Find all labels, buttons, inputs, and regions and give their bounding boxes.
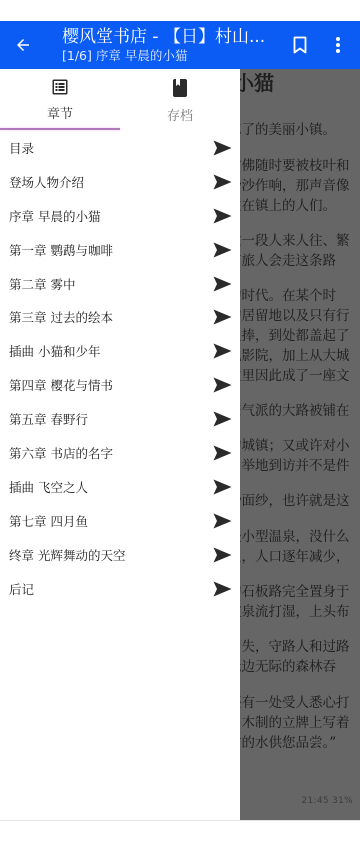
chapter-list-item[interactable]: 第四章 樱花与情书 <box>0 368 240 402</box>
reader-text-line: 沙沙作响，那声音像 <box>240 177 350 195</box>
go-to-chapter-button[interactable] <box>212 207 232 225</box>
go-to-chapter-button[interactable] <box>212 410 232 428</box>
send-arrow-icon <box>213 343 232 359</box>
tab-saves[interactable]: 存档 <box>120 69 240 131</box>
chapter-list-item[interactable]: 目录 <box>0 131 240 165</box>
drawer-tabs: 章节 存档 <box>0 69 240 131</box>
tab-saves-label: 存档 <box>167 105 193 124</box>
chapter-list-item[interactable]: 第二章 雾中 <box>0 267 240 301</box>
chapter-list-item[interactable]: 第一章 鹦鹉与咖啡 <box>0 233 240 267</box>
send-arrow-icon <box>213 479 232 495</box>
chapter-list-item[interactable]: 第七章 四月鱼 <box>0 504 240 538</box>
chapter-title: 第六章 书店的名字 <box>9 444 212 462</box>
chapter-list-item[interactable]: 序章 早晨的小猫 <box>0 199 240 233</box>
reader-text-line: 的城镇；又或许对小 <box>240 437 350 455</box>
book-bookmark-icon <box>173 79 187 97</box>
title-block: 樱风堂书店 - 【日】村山... [1/6] 序章 早晨的小猫 <box>46 26 282 64</box>
go-to-chapter-button[interactable] <box>212 275 232 293</box>
chapter-title: 第一章 鹦鹉与咖啡 <box>9 241 212 259</box>
chapter-title: 插曲 飞空之人 <box>9 478 212 496</box>
list-icon <box>52 79 68 95</box>
send-arrow-icon <box>213 377 232 393</box>
send-arrow-icon <box>213 242 232 258</box>
go-to-chapter-button[interactable] <box>212 546 232 564</box>
tab-chapters[interactable]: 章节 <box>0 69 120 131</box>
chapter-title: 序章 早晨的小猫 <box>9 207 212 225</box>
reader-text-line: 仿佛随时要被枝叶和 <box>240 157 350 175</box>
go-to-chapter-button[interactable] <box>212 512 232 530</box>
chapter-title: 终章 光辉舞动的天空 <box>9 546 212 564</box>
reader-text-line: 电影院，加上从大城 <box>240 347 350 365</box>
go-to-chapter-button[interactable] <box>212 342 232 360</box>
chapter-heading: 小猫 <box>240 69 274 96</box>
reader-text-line: 这里因此成了一座文 <box>240 367 350 385</box>
chapter-title: 插曲 小猫和少年 <box>9 342 212 360</box>
chapter-title: 第五章 春野行 <box>9 410 212 428</box>
chapter-list-item[interactable]: 后记 <box>0 572 240 606</box>
more-vertical-icon <box>335 36 341 54</box>
send-arrow-icon <box>213 276 232 292</box>
chapter-list-item[interactable]: 第五章 春野行 <box>0 402 240 436</box>
reader-text-line: 追捧，到处都盖起了 <box>240 327 350 345</box>
reader-text-line: 的石板路完全置身于 <box>240 583 350 601</box>
go-to-chapter-button[interactable] <box>212 376 232 394</box>
bookmark-button[interactable] <box>282 21 318 69</box>
chapter-list-item[interactable]: 第三章 过去的绘本 <box>0 300 240 334</box>
send-arrow-icon <box>213 547 232 563</box>
reader-text-line: 有旅人会走这条路 <box>240 252 336 270</box>
reader-text-line: 消失，守路人和过路 <box>240 638 350 656</box>
reader-text-line: 忘了的美丽小镇。 <box>240 121 336 139</box>
send-arrow-icon <box>213 208 232 224</box>
bookmark-outline-icon <box>292 36 308 54</box>
bottom-bar <box>0 820 360 841</box>
go-to-chapter-button[interactable] <box>212 241 232 259</box>
reader-text-line: 。木制的立牌上写着 <box>240 714 350 732</box>
reader-text-line: 么，人口逐年减少， <box>240 548 350 566</box>
arrow-left-icon <box>14 36 32 54</box>
send-arrow-icon <box>213 445 232 461</box>
tab-chapters-label: 章节 <box>47 103 73 122</box>
chapter-title: 后记 <box>9 580 212 598</box>
system-status-bar <box>0 0 360 21</box>
reader-text-line: 被泉流打湿，上头布 <box>240 603 350 621</box>
reader-text-line: 的居留地以及只有行 <box>240 307 350 325</box>
go-to-chapter-button[interactable] <box>212 478 232 496</box>
reader-text-line: 纱面纱，也许就是这 <box>240 492 350 510</box>
chapter-drawer: 章节 存档 目录登场人物介绍序章 早晨的小猫第一章 鹦鹉与咖啡第二章 雾中第三章… <box>0 69 240 820</box>
reader-text-line: 还有一处受人悉心打 <box>240 694 350 712</box>
reader-text-line: 过一段人来人往、繁 <box>240 232 350 250</box>
send-arrow-icon <box>213 174 232 190</box>
go-to-chapter-button[interactable] <box>212 444 232 462</box>
send-arrow-icon <box>213 513 232 529</box>
go-to-chapter-button[interactable] <box>212 308 232 326</box>
reader-text-line: 无边无际的森林吞 <box>240 658 336 676</box>
go-to-chapter-button[interactable] <box>212 139 232 157</box>
chapter-list-item[interactable]: 插曲 小猫和少年 <box>0 334 240 368</box>
go-to-chapter-button[interactable] <box>212 173 232 191</box>
chapter-list-item[interactable]: 终章 光辉舞动的天空 <box>0 538 240 572</box>
chapter-list-item[interactable]: 登场人物介绍 <box>0 165 240 199</box>
chapter-list-item[interactable]: 第六章 书店的名字 <box>0 436 240 470</box>
reader-status: 21:45 31% <box>301 796 353 806</box>
back-button[interactable] <box>0 21 46 69</box>
reader-page-dimmed[interactable]: 小猫 忘了的美丽小镇。仿佛随时要被枝叶和沙沙作响，那声音像住在镇上的人们。过一段… <box>240 69 360 820</box>
book-title: 樱风堂书店 - 【日】村山... <box>62 26 272 48</box>
reader-text-line: 甜的水供您品尝。” <box>240 734 336 752</box>
go-to-chapter-button[interactable] <box>212 580 232 598</box>
reader-text-line: 的时代。在某个时 <box>240 287 336 305</box>
reader-text-line: 易举地到访并不是件 <box>240 457 350 475</box>
chapter-list-item[interactable]: 插曲 飞空之人 <box>0 470 240 504</box>
app-bar: 樱风堂书店 - 【日】村山... [1/6] 序章 早晨的小猫 <box>0 21 360 69</box>
reader-text-line: 住在镇上的人们。 <box>240 197 336 215</box>
send-arrow-icon <box>213 140 232 156</box>
active-tab-indicator <box>0 128 120 130</box>
send-arrow-icon <box>213 309 232 325</box>
reader-text-line: 处小型温泉，没什么 <box>240 528 350 546</box>
chapter-list: 目录登场人物介绍序章 早晨的小猫第一章 鹦鹉与咖啡第二章 雾中第三章 过去的绘本… <box>0 131 240 605</box>
chapter-title: 第三章 过去的绘本 <box>9 308 212 326</box>
reader-text-line: 豪气派的大路被铺在 <box>240 402 350 420</box>
chapter-title: 登场人物介绍 <box>9 173 212 191</box>
chapter-title: 第七章 四月鱼 <box>9 512 212 530</box>
send-arrow-icon <box>213 411 232 427</box>
chapter-title: 第二章 雾中 <box>9 275 212 293</box>
send-arrow-icon <box>213 581 232 597</box>
more-options-button[interactable] <box>318 21 358 69</box>
chapter-title: 目录 <box>9 139 212 157</box>
current-chapter: [1/6] 序章 早晨的小猫 <box>62 48 282 64</box>
chapter-title: 第四章 樱花与情书 <box>9 376 212 394</box>
